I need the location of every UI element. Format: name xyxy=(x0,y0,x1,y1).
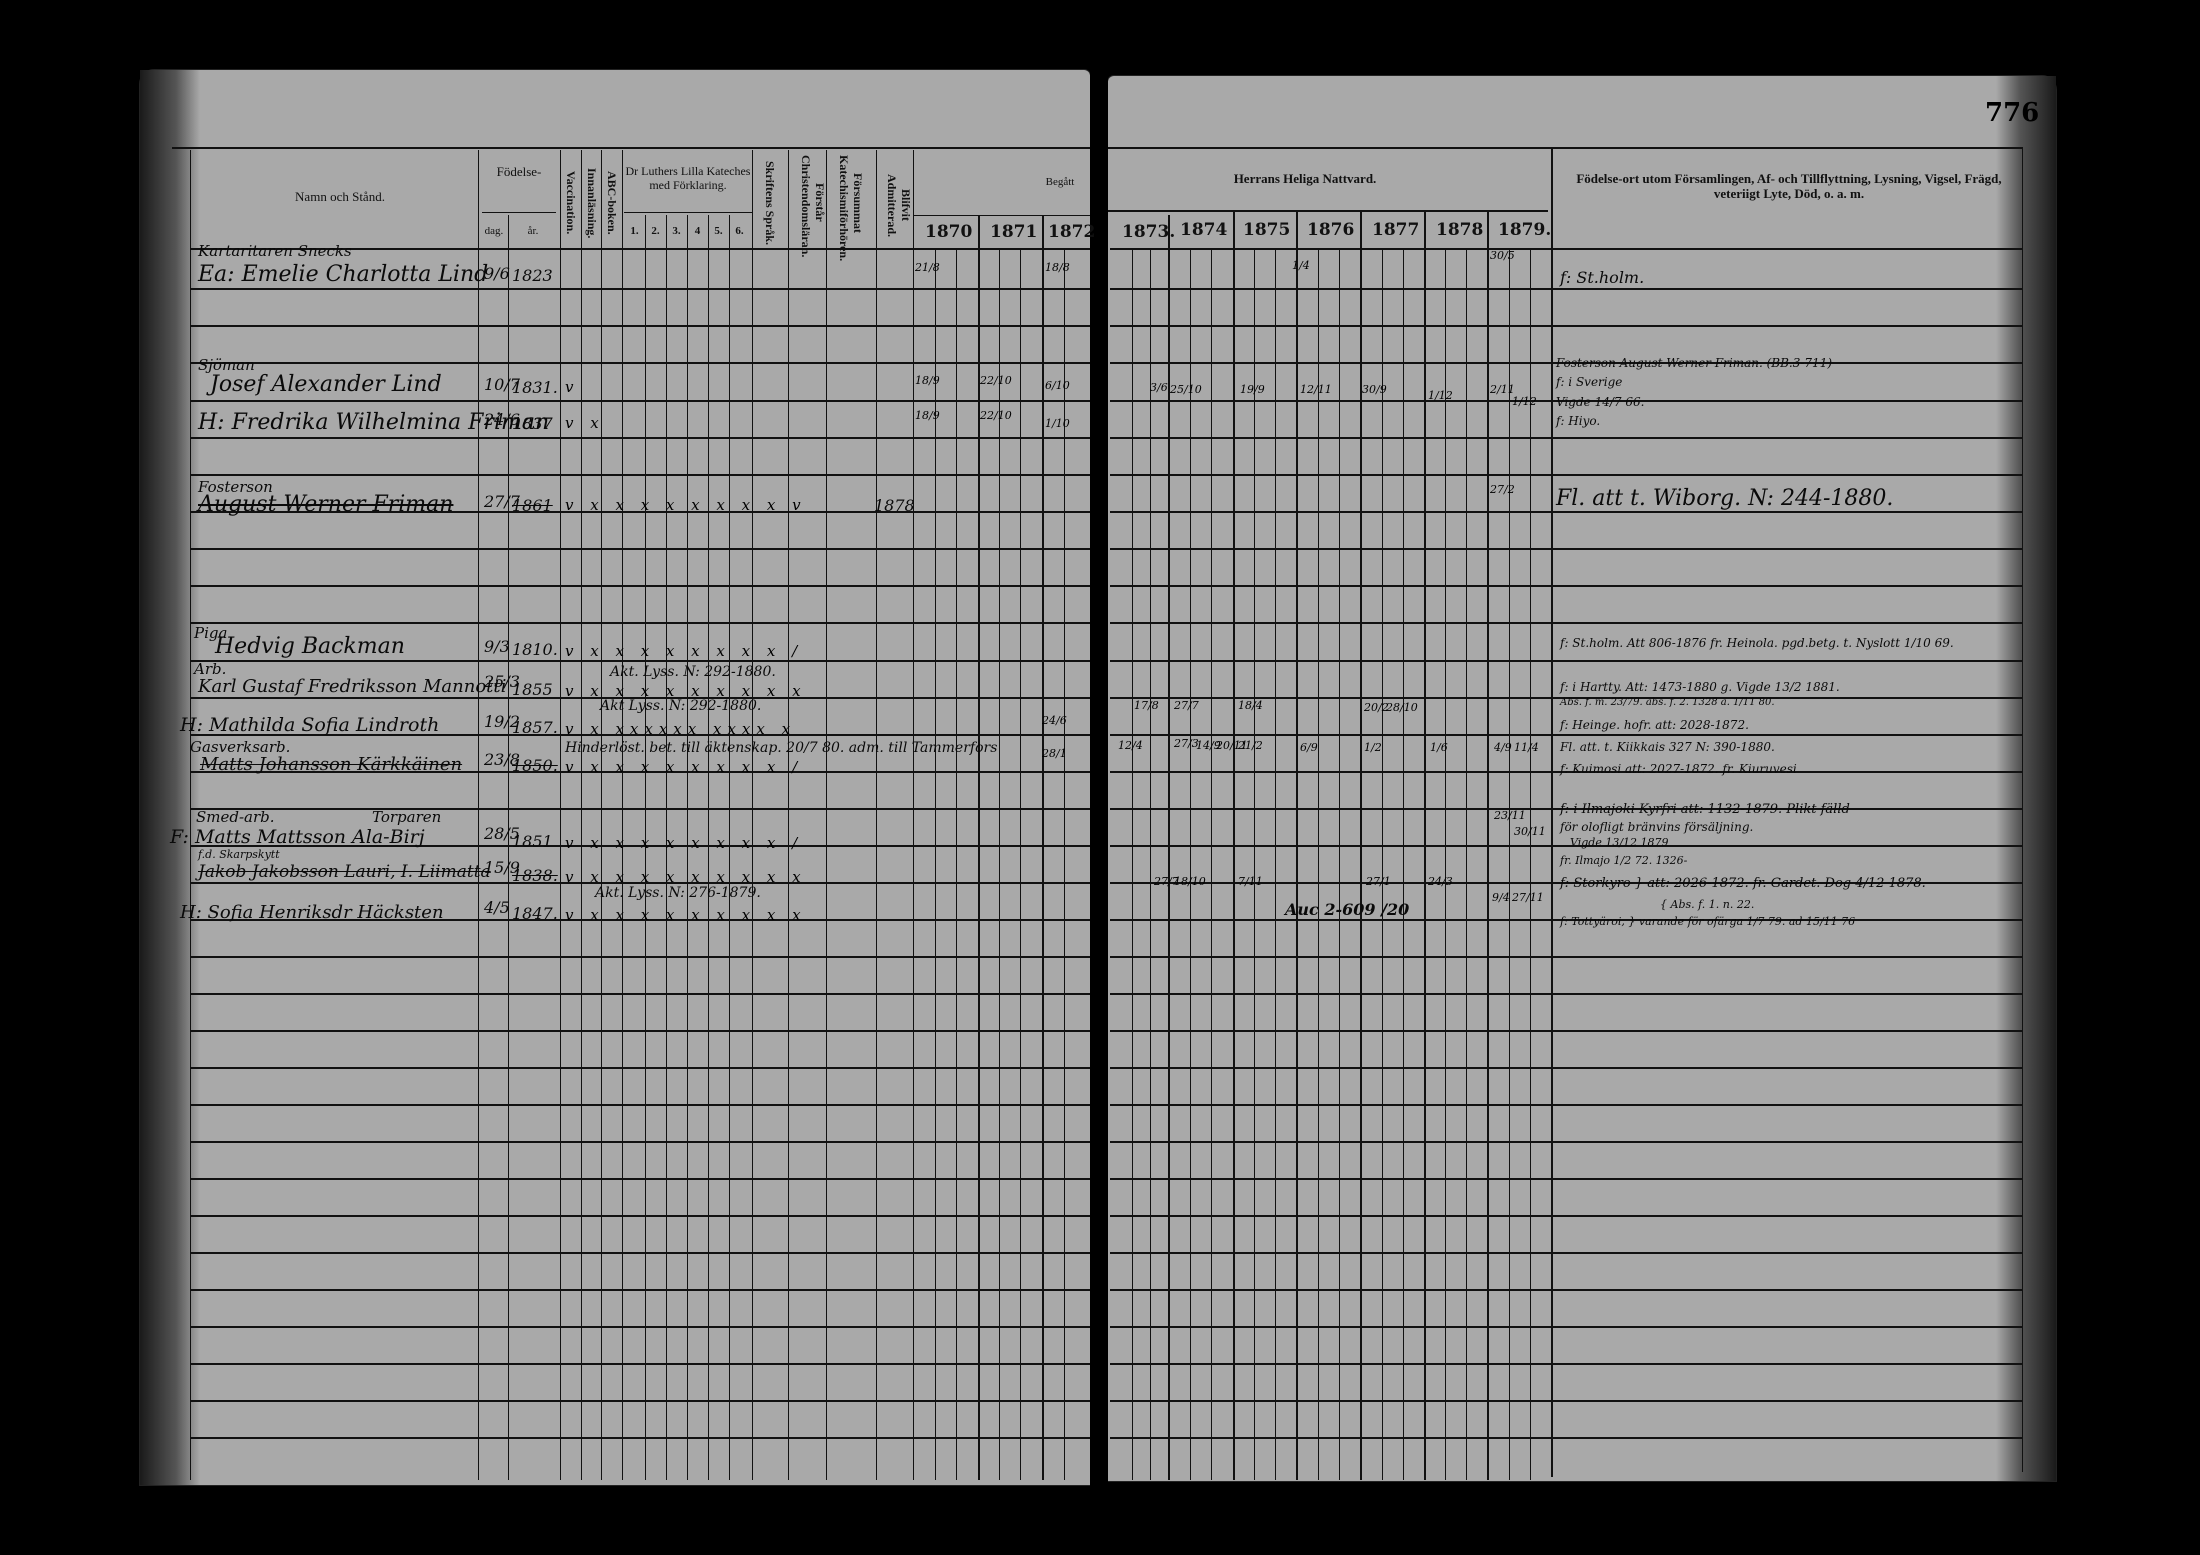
communion-mark: 12/4 xyxy=(1118,740,1143,752)
communion-mark: 30/11 xyxy=(1514,826,1546,838)
communion-mark: 6/10 xyxy=(1045,380,1070,392)
book-edge-left xyxy=(140,70,200,1485)
entry-name: August Werner Friman xyxy=(198,492,453,517)
row-rule xyxy=(190,325,1090,327)
page-number: 776 xyxy=(1985,98,2039,128)
communion-mark: 20/2 xyxy=(1364,702,1389,714)
row-rule xyxy=(1110,288,2022,290)
sub-divider xyxy=(1318,250,1319,1480)
col-divider xyxy=(478,150,479,1480)
communion-mark: 22/10 xyxy=(980,410,1012,422)
col-divider xyxy=(581,150,582,1480)
row-rule xyxy=(190,660,1090,662)
row-rule xyxy=(190,585,1090,587)
sub-divider xyxy=(1466,250,1467,1480)
col-begatt-header: Begått xyxy=(1030,176,1090,189)
col-admitterad-header: Blifvit Admitterad. xyxy=(882,160,912,250)
year-1872: 1872 xyxy=(1048,222,1095,242)
sub-divider xyxy=(1150,250,1151,1480)
col-birth-header: Födelse- xyxy=(480,165,558,180)
col-year-header: år. xyxy=(508,225,558,238)
remark: f: Kuimosi att: 2027-1872. fr. Kiuruvesi xyxy=(1560,762,1797,776)
misc-note: Auc 2-609 /20 xyxy=(1285,900,1409,919)
communion-mark: 17/8 xyxy=(1134,700,1159,712)
entry-title-secondary: Torparen xyxy=(372,808,441,826)
communion-mark: 6/9 xyxy=(1300,742,1318,754)
entry-name: Josef Alexander Lind xyxy=(210,372,442,397)
sub-divider xyxy=(999,250,1000,1480)
communion-mark: 18/8 xyxy=(1045,262,1070,274)
entry-birth-year: 1838. xyxy=(512,866,558,885)
row-rule xyxy=(1110,1178,2022,1180)
communion-mark: 1/6 xyxy=(1430,742,1448,754)
row-rule xyxy=(190,1178,1090,1180)
row-rule xyxy=(190,1030,1090,1032)
header-bottom-rule xyxy=(1110,248,2023,250)
row-rule xyxy=(190,808,1090,810)
entry-name: H: Mathilda Sofia Lindroth xyxy=(180,714,439,736)
entry-birth-year: 1823 xyxy=(512,266,553,285)
row-rule xyxy=(190,1363,1090,1365)
catechism-part-6: 6. xyxy=(729,225,750,238)
communion-mark: 1/12 xyxy=(1428,390,1453,402)
row-rule xyxy=(190,400,1090,402)
communion-mark: 12/11 xyxy=(1300,384,1332,396)
entry-birth-year: 1861 xyxy=(512,496,553,515)
communion-mark: 4/9 xyxy=(1494,742,1512,754)
col-divider xyxy=(826,150,827,1480)
communion-mark: 24/6 xyxy=(1042,715,1067,727)
col-innanlasning-header: Innanläsning. xyxy=(584,158,598,248)
row-rule xyxy=(190,437,1090,439)
catechism-part-4: 4 xyxy=(687,225,708,238)
communion-mark: 9/4 xyxy=(1492,892,1510,904)
row-rule xyxy=(1110,511,2022,513)
row-rule xyxy=(190,288,1090,290)
row-rule xyxy=(190,362,1090,364)
entry-annotation: Akt. Lyss. N: 276-1879. xyxy=(595,885,761,901)
catechism-part-5: 5. xyxy=(708,225,729,238)
sub-divider xyxy=(1403,250,1404,1480)
entry-birth-day: 9/3 xyxy=(484,637,510,656)
catechism-part-1: 1. xyxy=(624,225,645,238)
col-divider xyxy=(913,150,914,1480)
entry-marks: v x x x x x x x x v xyxy=(565,496,807,514)
catechism-subrule xyxy=(624,212,752,213)
entry-birth-day: 9/6 xyxy=(484,264,510,283)
row-rule xyxy=(190,1215,1090,1217)
row-rule xyxy=(1110,1363,2022,1365)
year-1876: 1876 xyxy=(1307,220,1354,240)
entry-birth-year: 1855 xyxy=(512,680,553,699)
sub-divider xyxy=(1064,250,1065,1480)
book-gutter xyxy=(1090,40,1108,1500)
entry-birth-year: 1837 xyxy=(512,414,553,433)
communion-mark: 28/10 xyxy=(1386,702,1418,714)
communion-mark: 23/11 xyxy=(1494,810,1526,822)
year-1878: 1878 xyxy=(1436,220,1483,240)
communion-mark: 21/8 xyxy=(915,262,940,274)
entry-marks: v x x x x x x x x x xyxy=(565,906,807,924)
entry-birth-year: 1857. xyxy=(512,718,558,737)
communion-mark: 7/11 xyxy=(1238,876,1263,888)
remark: { Abs. f. 1. n. 22. xyxy=(1660,898,1754,911)
row-rule xyxy=(1110,993,2022,995)
entry-birth-year: 1847. xyxy=(512,904,558,923)
communion-mark: 1/4 xyxy=(1292,260,1310,272)
header-top-rule xyxy=(1108,147,2023,149)
header-top-rule xyxy=(172,147,1090,149)
col-forstar-header: Förstår Christendomsläran. xyxy=(792,155,826,250)
communion-mark: 21/2 xyxy=(1238,740,1263,752)
communion-mark: 11/4 xyxy=(1514,742,1539,754)
entry-name: Ea: Emelie Charlotta Lind xyxy=(198,262,488,287)
right-border xyxy=(2022,147,2023,1472)
birth-subrule xyxy=(482,212,556,213)
remark: för olofligt bränvins försäljning. xyxy=(1560,820,1753,834)
entry-name: H: Sofia Henriksdr Häcksten xyxy=(180,902,444,923)
row-rule xyxy=(190,1104,1090,1106)
row-rule xyxy=(190,1400,1090,1402)
communion-mark: 2/11 xyxy=(1490,384,1515,396)
entry-title: Kartaritaren Snecks xyxy=(198,242,352,260)
communion-mark: 1/12 xyxy=(1512,396,1537,408)
col-divider xyxy=(622,150,623,1480)
entry-title: f.d. Skarpskytt xyxy=(198,848,280,861)
catechism-part-3: 3. xyxy=(666,225,687,238)
row-rule xyxy=(1110,956,2022,958)
entry-birth-year: 1850. xyxy=(512,756,558,775)
remark: f: St.holm. Att 806-1876 fr. Heinola. pg… xyxy=(1560,636,1954,650)
communion-mark: 27/1 xyxy=(1366,876,1391,888)
entry-marks: v x x x x x x x x / xyxy=(565,834,803,852)
entry-marks: v x x x x x x x x x xyxy=(565,868,807,886)
row-rule xyxy=(190,1437,1090,1439)
remark: Fl. att. t. Kiikkais 327 N: 390-1880. xyxy=(1560,740,1775,754)
row-rule xyxy=(1110,1104,2022,1106)
catechism-part-2: 2. xyxy=(645,225,666,238)
row-rule xyxy=(190,1289,1090,1291)
col-divider xyxy=(560,150,561,1480)
remark: f: Tottyäroi, } varande för ofärga 1/7 7… xyxy=(1560,915,1855,928)
entry-marks: v x x x x x x x x / xyxy=(565,758,803,776)
sub-divider xyxy=(1254,250,1255,1480)
entry-name: Hedvig Backman xyxy=(215,634,405,659)
remark: f: i Ilmajoki Kyrfri att: 1132-1879. Pli… xyxy=(1560,802,1850,817)
entry-marks: v x xxxxxx xxxx x xyxy=(565,720,796,738)
sub-divider xyxy=(1190,250,1191,1480)
year-1877: 1877 xyxy=(1372,220,1419,240)
entry-birth-day: 4/5 xyxy=(484,898,510,917)
remark: f: Heinge. hofr. att: 2028-1872. xyxy=(1560,718,1749,732)
remark: f: i Hartty. Att: 1473-1880 g. Vigde 13/… xyxy=(1560,680,1840,694)
remark: Fosterson August Werner Friman. (BB.3-71… xyxy=(1556,356,1832,370)
row-rule xyxy=(1110,1400,2022,1402)
remark: fr. Ilmajo 1/2 72. 1326- xyxy=(1560,854,1687,867)
entry-annotation: Akt. Lyss. N: 292-1880. xyxy=(610,664,776,680)
communion-mark: 18/4 xyxy=(1238,700,1263,712)
entry-admitted-year: 1878 xyxy=(874,496,915,515)
col-divider xyxy=(788,150,789,1480)
col-day-header: dag. xyxy=(480,225,508,238)
sub-divider xyxy=(1275,250,1276,1480)
communion-mark: 27/11 xyxy=(1512,892,1544,904)
row-rule xyxy=(1110,1437,2022,1439)
sub-divider xyxy=(1445,250,1446,1480)
entry-marks: v x xyxy=(565,414,605,432)
row-rule xyxy=(1110,734,2022,736)
entry-title: Smed-arb. xyxy=(196,808,275,826)
remark: f: Hiyo. xyxy=(1556,414,1600,428)
communion-mark: 27/2 xyxy=(1490,484,1515,496)
row-rule xyxy=(1110,1141,2022,1143)
communion-mark: 18/9 xyxy=(915,375,940,387)
row-rule xyxy=(1110,548,2022,550)
remarks-header: Födelse-ort utom Församlingen, Af- och T… xyxy=(1556,172,2022,202)
sub-divider xyxy=(1339,250,1340,1480)
remark: f: i Sverige xyxy=(1556,375,1622,389)
communion-mark: 25/10 xyxy=(1170,384,1202,396)
book-edge-right xyxy=(1996,76,2056,1481)
row-rule xyxy=(190,474,1090,476)
row-rule xyxy=(1110,1289,2022,1291)
sub-divider xyxy=(1509,250,1510,1480)
row-rule xyxy=(1110,437,2022,439)
row-rule xyxy=(190,1326,1090,1328)
communion-mark: 30/9 xyxy=(1362,384,1387,396)
row-rule xyxy=(190,548,1090,550)
year-1874: 1874 xyxy=(1180,220,1227,240)
row-rule xyxy=(1110,325,2022,327)
communion-mark: 27/3 xyxy=(1174,738,1199,750)
communion-mark: 19/9 xyxy=(1240,384,1265,396)
remark: Vigde 14/7 66. xyxy=(1556,395,1644,409)
row-rule xyxy=(190,1067,1090,1069)
col-abc-header: ABC-boken. xyxy=(604,158,618,248)
sub-divider xyxy=(956,250,957,1480)
communion-mark: 18/10 xyxy=(1174,876,1206,888)
sub-divider xyxy=(1132,250,1133,1480)
col-vaccination-header: Vaccination. xyxy=(563,158,577,248)
year-1871: 1871 xyxy=(990,222,1037,242)
year-1870: 1870 xyxy=(925,222,972,242)
communion-mark: 24/3 xyxy=(1428,876,1453,888)
communion-mark: 18/9 xyxy=(915,410,940,422)
entry-birth-year: 1810. xyxy=(512,640,558,659)
year-1875: 1875 xyxy=(1243,220,1290,240)
entry-marks: v x x x x x x x x / xyxy=(565,642,803,660)
sub-divider xyxy=(1382,250,1383,1480)
row-rule xyxy=(190,956,1090,958)
remark: Vigde 13/12 1879 xyxy=(1570,836,1669,849)
sub-divider xyxy=(935,250,936,1480)
sub-divider xyxy=(1020,250,1021,1480)
col-divider xyxy=(752,150,753,1480)
communion-header: Herrans Heliga Nattvard. xyxy=(1180,172,1430,187)
remarks-divider xyxy=(1551,147,1553,1477)
row-rule xyxy=(1110,1326,2022,1328)
row-rule xyxy=(1110,845,2022,847)
remark: Abs. f. m. 23/79. abs. f. 2. 1328 a. 1/1… xyxy=(1560,697,1775,708)
entry-name: Karl Gustaf Fredriksson Mannotti xyxy=(198,676,506,697)
row-rule xyxy=(1110,1252,2022,1254)
communion-mark: 3/6 xyxy=(1150,382,1168,394)
communion-mark: 28/1 xyxy=(1042,748,1067,760)
row-rule xyxy=(190,1252,1090,1254)
communion-mark: 1/10 xyxy=(1045,418,1070,430)
year-1879: 1879. xyxy=(1498,220,1551,240)
entry-name: F: Matts Mattsson Ala-Birj xyxy=(170,826,425,848)
entry-annotation: Akt Lyss. N: 292-1880. xyxy=(600,698,761,714)
entry-birth-year: 1831. xyxy=(512,378,558,397)
row-rule xyxy=(190,993,1090,995)
col-skriftens-header: Skriftens Språk. xyxy=(762,158,776,248)
remark: f: Storkyro } att: 2026-1872. fr. Gardet… xyxy=(1560,876,1926,891)
row-rule xyxy=(1110,1215,2022,1217)
left-border xyxy=(190,150,191,1480)
sub-divider xyxy=(1211,250,1212,1480)
remark: Fl. att t. Wiborg. N: 244-1880. xyxy=(1556,486,1893,511)
row-rule xyxy=(1110,474,2022,476)
entry-birth-year: 1851 xyxy=(512,832,553,851)
years-rule xyxy=(913,215,1090,216)
entry-annotation: Hinderlöst. bet. till äktenskap. 20/7 80… xyxy=(565,740,997,756)
row-rule xyxy=(1110,622,2022,624)
communion-mark: 22/10 xyxy=(980,375,1012,387)
row-rule xyxy=(1110,1030,2022,1032)
col-divider xyxy=(601,150,602,1480)
communion-mark: 30/5 xyxy=(1490,250,1515,262)
row-rule xyxy=(190,622,1090,624)
col-catechism-header: Dr Luthers Lilla Kateches med Förklaring… xyxy=(624,165,752,193)
entry-name: Jakob Jakobsson Lauri, I. Liimatta xyxy=(198,862,491,882)
entry-marks: v xyxy=(565,378,579,396)
years-top-rule xyxy=(1108,210,1548,212)
row-rule xyxy=(190,1141,1090,1143)
row-rule xyxy=(1110,1067,2022,1069)
remark: f: St.holm. xyxy=(1560,268,1644,287)
row-rule xyxy=(1110,585,2022,587)
communion-mark: 1/2 xyxy=(1364,742,1382,754)
communion-mark: 27/7 xyxy=(1174,700,1199,712)
col-divider xyxy=(876,150,877,1480)
row-rule xyxy=(1110,660,2022,662)
sub-divider xyxy=(1530,250,1531,1480)
col-name-header: Namn och Stånd. xyxy=(270,190,410,205)
col-forsummat-header: Försummat Katechismiförhören. xyxy=(830,155,864,250)
entry-name: Matts Johansson Kärkkäinen xyxy=(200,754,462,775)
